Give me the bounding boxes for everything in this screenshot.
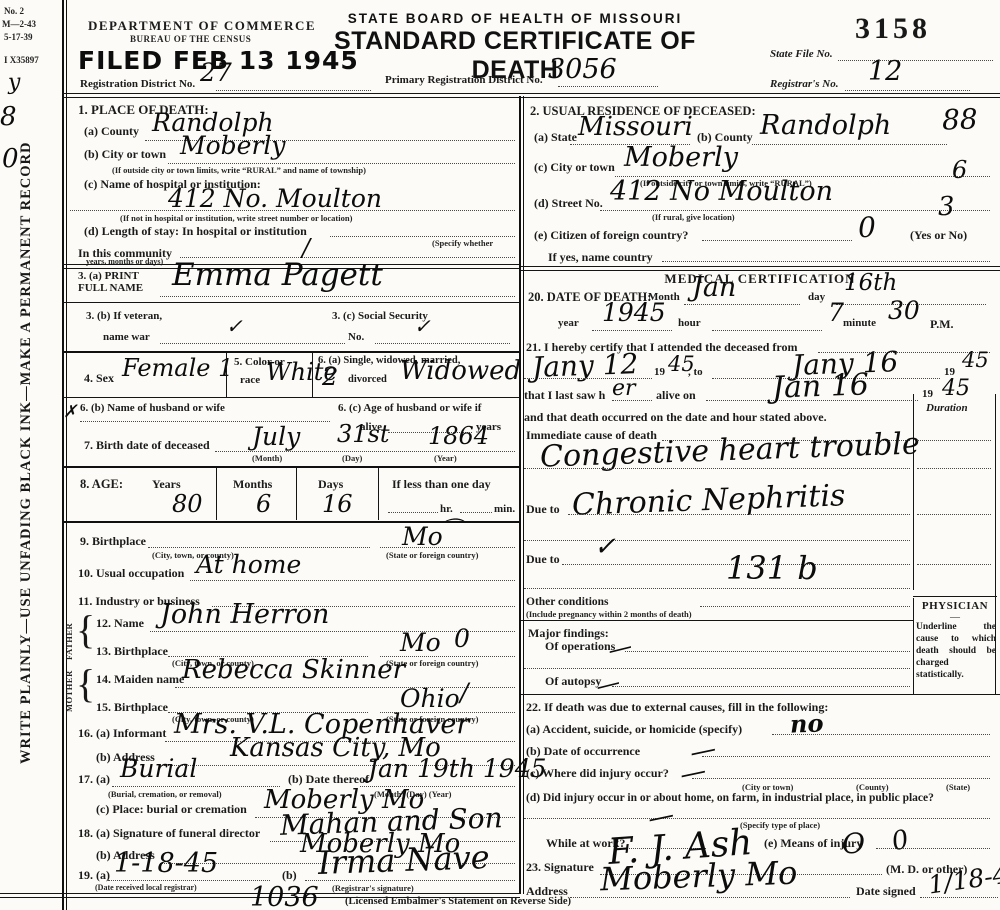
alive-on-label: alive on [656, 388, 696, 403]
physician-address-label: Address [526, 884, 568, 899]
dod-ampm: P.M. [930, 317, 954, 332]
where-injury-label: (c) Where did injury occur? [526, 766, 669, 781]
residence-city-mark: 6 [952, 158, 967, 182]
form-left-border [62, 0, 67, 910]
residence-county-value: Randolph [760, 112, 891, 139]
date-signed-label: Date signed [856, 884, 916, 899]
duration-label: Duration [926, 402, 968, 414]
rule [917, 468, 991, 469]
medical-certification-heading: MEDICAL CERTIFICATION [520, 271, 1000, 287]
print-label-1: 3. (a) PRINT [78, 270, 139, 282]
bureau-title: BUREAU OF THE CENSUS [130, 34, 251, 44]
rule [112, 786, 280, 787]
registration-district-label: Registration District No. [80, 78, 195, 90]
margin-handwritten-mark: y [8, 72, 21, 94]
rule [216, 468, 217, 520]
her-handwritten: er [612, 378, 636, 400]
residence-city-value: Moberly [624, 144, 738, 171]
dod-hour-value: 7 [828, 300, 844, 325]
rule [148, 547, 370, 548]
rule [752, 144, 947, 145]
length-of-stay-label: (d) Length of stay: In hospital or insti… [84, 224, 307, 239]
rule [920, 897, 998, 898]
rule [62, 466, 520, 468]
rule [917, 514, 991, 515]
sex-value: Female 1 [122, 356, 233, 380]
dod-hour-label: hour [678, 317, 701, 329]
seen-year-value: 45 [942, 378, 970, 400]
rule [375, 343, 510, 344]
stay-note: (Specify whether [432, 238, 493, 248]
mother-side-label: MOTHER [64, 664, 74, 712]
seen-year-printed: 19 [922, 388, 933, 400]
residence-state-label: (a) State [534, 130, 577, 145]
state-file-label: State File No. [770, 48, 833, 60]
dod-year-label: year [558, 317, 579, 329]
residence-city-label: (c) City or town [534, 160, 615, 175]
death-certificate-scan: No. 2 M—2-43 5-17-39 I X35897 y 8 0 WRIT… [0, 0, 1000, 910]
margin-handwritten-0: 0 [2, 146, 19, 172]
disposal-number-label: 17. (a) [78, 772, 110, 787]
father-name-value: John Herron [160, 601, 329, 628]
registrar-number-value: 12 [868, 58, 902, 85]
birthplace-mark: ⌒ [440, 520, 462, 542]
primary-district-value: 3056 [548, 56, 617, 83]
margin-handwritten-8: 8 [0, 104, 17, 130]
birthplace-label: 9. Birthplace [80, 534, 146, 549]
rule [190, 580, 515, 581]
veteran-label-1: 3. (b) If veteran, [86, 310, 162, 322]
operations-mark: — [605, 633, 634, 662]
age-months-value: 6 [256, 492, 271, 516]
father-brace: { [76, 606, 95, 653]
from-year-printed: 19 [654, 366, 665, 378]
rule [600, 210, 990, 211]
other-conditions-label: Other conditions [526, 596, 609, 608]
due-to-2-mark: ✓ [594, 534, 616, 560]
dod-year-value: 1945 [602, 300, 666, 325]
registration-district-value: 27 [200, 60, 232, 85]
disposal-type-value: Burial [120, 756, 197, 781]
header-rule [62, 93, 1000, 98]
other-conditions-note: (Include pregnancy within 2 months of de… [526, 609, 692, 619]
certify-line-3: and that death occurred on the date and … [524, 410, 827, 425]
rule [521, 620, 913, 621]
rule [296, 468, 297, 520]
color-race-label-2: race [240, 374, 260, 386]
residence-street-note: (If rural, give location) [652, 212, 735, 222]
birth-year-value: 1864 [428, 424, 489, 448]
marital-label-2: divorced [348, 374, 387, 385]
state-board-title: STATE BOARD OF HEALTH OF MISSOURI [330, 11, 700, 26]
registrar-received-note: (Date received local registrar) [95, 883, 197, 892]
rule [692, 778, 990, 779]
rule [917, 440, 991, 441]
registrar-received-date: 1-18-45 [114, 850, 218, 877]
rule [524, 540, 910, 541]
city-label: (b) City or town [84, 147, 166, 162]
rule [662, 261, 990, 262]
rule [108, 880, 270, 881]
last-seen-value: Jan 16 [772, 370, 870, 403]
rule [226, 353, 227, 397]
rule [62, 397, 520, 398]
birthdate-label: 7. Birth date of deceased [84, 438, 210, 453]
rule [168, 163, 515, 164]
funeral-director-label: 18. (a) Signature of funeral director [78, 826, 260, 841]
birth-month-value: July [252, 424, 300, 449]
physician-signature-label: 23. Signature [526, 860, 594, 875]
city-note: (If outside city or town limits, write “… [112, 165, 366, 175]
rule [521, 694, 1000, 695]
due-to-2-label: Due to [526, 552, 560, 567]
where-injury-mark: — [678, 758, 709, 789]
form-number-1: No. 2 [4, 6, 24, 16]
age-hr-label: hr. [440, 503, 453, 515]
rule [62, 351, 520, 353]
case-number: 1036 [250, 884, 319, 910]
about-home-note: (Specify type of place) [740, 820, 820, 830]
disposal-place-label: (c) Place: burial or cremation [96, 802, 247, 817]
ssn-label-2: No. [348, 331, 364, 343]
rule [592, 330, 672, 331]
birthplace-value: Mo [402, 524, 443, 549]
form-number-4: I X35897 [4, 55, 39, 65]
rule [70, 210, 515, 211]
residence-street-value: 412 No Moulton [610, 178, 833, 205]
to-year-value: 45 [962, 350, 989, 371]
rule [838, 60, 993, 61]
registrar-number-label: Registrar's No. [770, 78, 838, 90]
duration-box-border [913, 394, 914, 590]
disposal-type-note: (Burial, cremation, or removal) [108, 789, 222, 799]
rule [460, 512, 492, 513]
birth-year-note: (Year) [434, 453, 457, 463]
mother-birthplace-mark: / [460, 680, 468, 705]
rule [160, 343, 345, 344]
physician-address-value: Moberly Mo [600, 857, 798, 896]
age-min-label: min. [494, 503, 515, 515]
hospital-value: 412 No. Moulton [168, 186, 382, 211]
age-label: 8. AGE: [80, 477, 123, 492]
mother-name-value: Rebecca Skinner [182, 657, 405, 683]
rule [917, 564, 991, 565]
occupation-label: 10. Usual occupation [78, 566, 184, 581]
dod-minute-label: minute [843, 317, 876, 329]
margin-instruction-text: WRITE PLAINLY—USE UNFADING BLACK INK—MAK… [18, 108, 35, 798]
residence-street-mark: 3 [938, 194, 955, 221]
rule [524, 588, 910, 589]
rule [568, 514, 910, 515]
registrar-received-label: 19. (a) [78, 868, 110, 883]
rule [62, 302, 520, 303]
mother-brace: { [76, 660, 95, 707]
registrar-signature: Irma Nave [317, 841, 490, 879]
mother-birthplace-value: Ohio [400, 686, 460, 711]
birth-month-note: (Month) [252, 453, 282, 463]
rule [612, 686, 910, 687]
registrar-sig-note: (Registrar's signature) [332, 883, 414, 893]
operations-label: Of operations [545, 639, 615, 654]
dod-minute-value: 30 [888, 298, 920, 323]
rule [330, 236, 515, 237]
dod-month-value: Jan [692, 274, 736, 301]
age-years-value: 80 [172, 492, 203, 516]
residence-state-value: Missouri [578, 114, 693, 140]
disposal-date-value: Jan 19th 1945 [368, 756, 547, 781]
county-label: (a) County [84, 124, 139, 139]
rule [216, 90, 371, 91]
father-name-label: 12. Name [96, 616, 144, 631]
registrar-sig-number: (b) [282, 868, 297, 883]
certify-line-2: that I last saw h [524, 388, 605, 403]
dod-day-label: day [808, 291, 825, 303]
print-label-2: FULL NAME [78, 282, 143, 294]
age-less-than-day-header: If less than one day [392, 477, 491, 492]
spouse-age-label: 6. (c) Age of husband or wife if [338, 402, 481, 414]
citizen-label: (e) Citizen of foreign country? [534, 228, 688, 243]
where-note-state: (State) [946, 782, 970, 792]
rule [378, 468, 379, 520]
citizen-note: (Yes or No) [910, 228, 967, 243]
spouse-name-label: 6. (b) Name of husband or wife [80, 402, 225, 414]
other-conditions-code: 131 b [726, 552, 818, 584]
due-to-1-label: Due to [526, 502, 560, 517]
age-days-value: 16 [322, 492, 353, 516]
where-note-city: (City or town) [742, 782, 793, 792]
means-of-injury-mark: 0 [889, 827, 911, 856]
rule [524, 818, 990, 819]
physician-title: PHYSICIAN [914, 600, 996, 612]
residence-county-mark: 88 [942, 105, 979, 134]
form-number-3: 5-17-39 [4, 32, 33, 42]
rule [702, 240, 852, 241]
primary-district-label: Primary Registration District No. [385, 74, 543, 86]
birth-day-note: (Day) [342, 453, 362, 463]
form-number-2: M—2-43 [2, 19, 36, 29]
rule [558, 86, 658, 87]
marital-value: Widowed [400, 358, 521, 384]
rule [625, 651, 910, 652]
mother-name-label: 14. Maiden name [96, 672, 184, 687]
rule [712, 330, 822, 331]
rule [612, 400, 652, 401]
father-birthplace-value: Mo [400, 630, 441, 655]
spouse-scribble-mark: ✗ [63, 404, 78, 421]
occurrence-label: (b) Date of occurrence [526, 744, 640, 759]
father-birthplace-label: 13. Birthplace [96, 644, 168, 659]
department-title: DEPARTMENT OF COMMERCE [88, 18, 316, 34]
about-home-label: (d) Did injury occur in or about home, o… [526, 792, 934, 804]
rule [913, 596, 997, 597]
physician-signature-mark: O [842, 830, 865, 858]
rule [524, 468, 910, 469]
rule [570, 897, 850, 898]
physician-note: Underline the cause to which death shoul… [916, 622, 996, 681]
dod-day-value: 16th [844, 272, 897, 295]
where-note-county: (County) [856, 782, 889, 792]
to-printed-label: , to [688, 366, 703, 378]
citizen-value: 0 [858, 214, 877, 243]
sex-label: 4. Sex [84, 371, 114, 386]
rule [684, 304, 800, 305]
father-birthplace-mark: 0 [454, 626, 470, 651]
rule [312, 353, 313, 397]
marital-code-mark: 2 [322, 364, 338, 389]
mother-birthplace-label: 15. Birthplace [96, 700, 168, 715]
birthplace-note-2: (State or foreign country) [386, 550, 478, 560]
rule [380, 547, 515, 548]
name-country-label: If yes, name country [548, 250, 653, 265]
external-causes-heading: 22. If death was due to external causes,… [526, 700, 828, 715]
rule [160, 296, 515, 297]
rule [215, 451, 515, 452]
city-value: Moberly [180, 133, 286, 158]
rule [845, 90, 970, 91]
father-side-label: FATHER [64, 612, 74, 660]
hospital-note: (If not in hospital or institution, writ… [120, 213, 352, 223]
full-name-value: Emma Pagett [172, 260, 383, 291]
accident-value: no [790, 711, 824, 736]
residence-street-label: (d) Street No. [534, 196, 603, 211]
veteran-checkmark: ✓ [226, 316, 243, 336]
birth-day-value: 31st [337, 422, 390, 446]
veteran-label-2: name war [103, 331, 150, 343]
ssn-checkmark: ✓ [414, 316, 431, 336]
state-file-number-stamp: 3158 [855, 12, 931, 46]
rule [524, 668, 910, 669]
informant-label: 16. (a) Informant [78, 726, 166, 741]
rule [702, 756, 990, 757]
rule [388, 512, 438, 513]
rule [305, 880, 515, 881]
rule [700, 606, 910, 607]
occupation-value: At home [196, 552, 301, 577]
